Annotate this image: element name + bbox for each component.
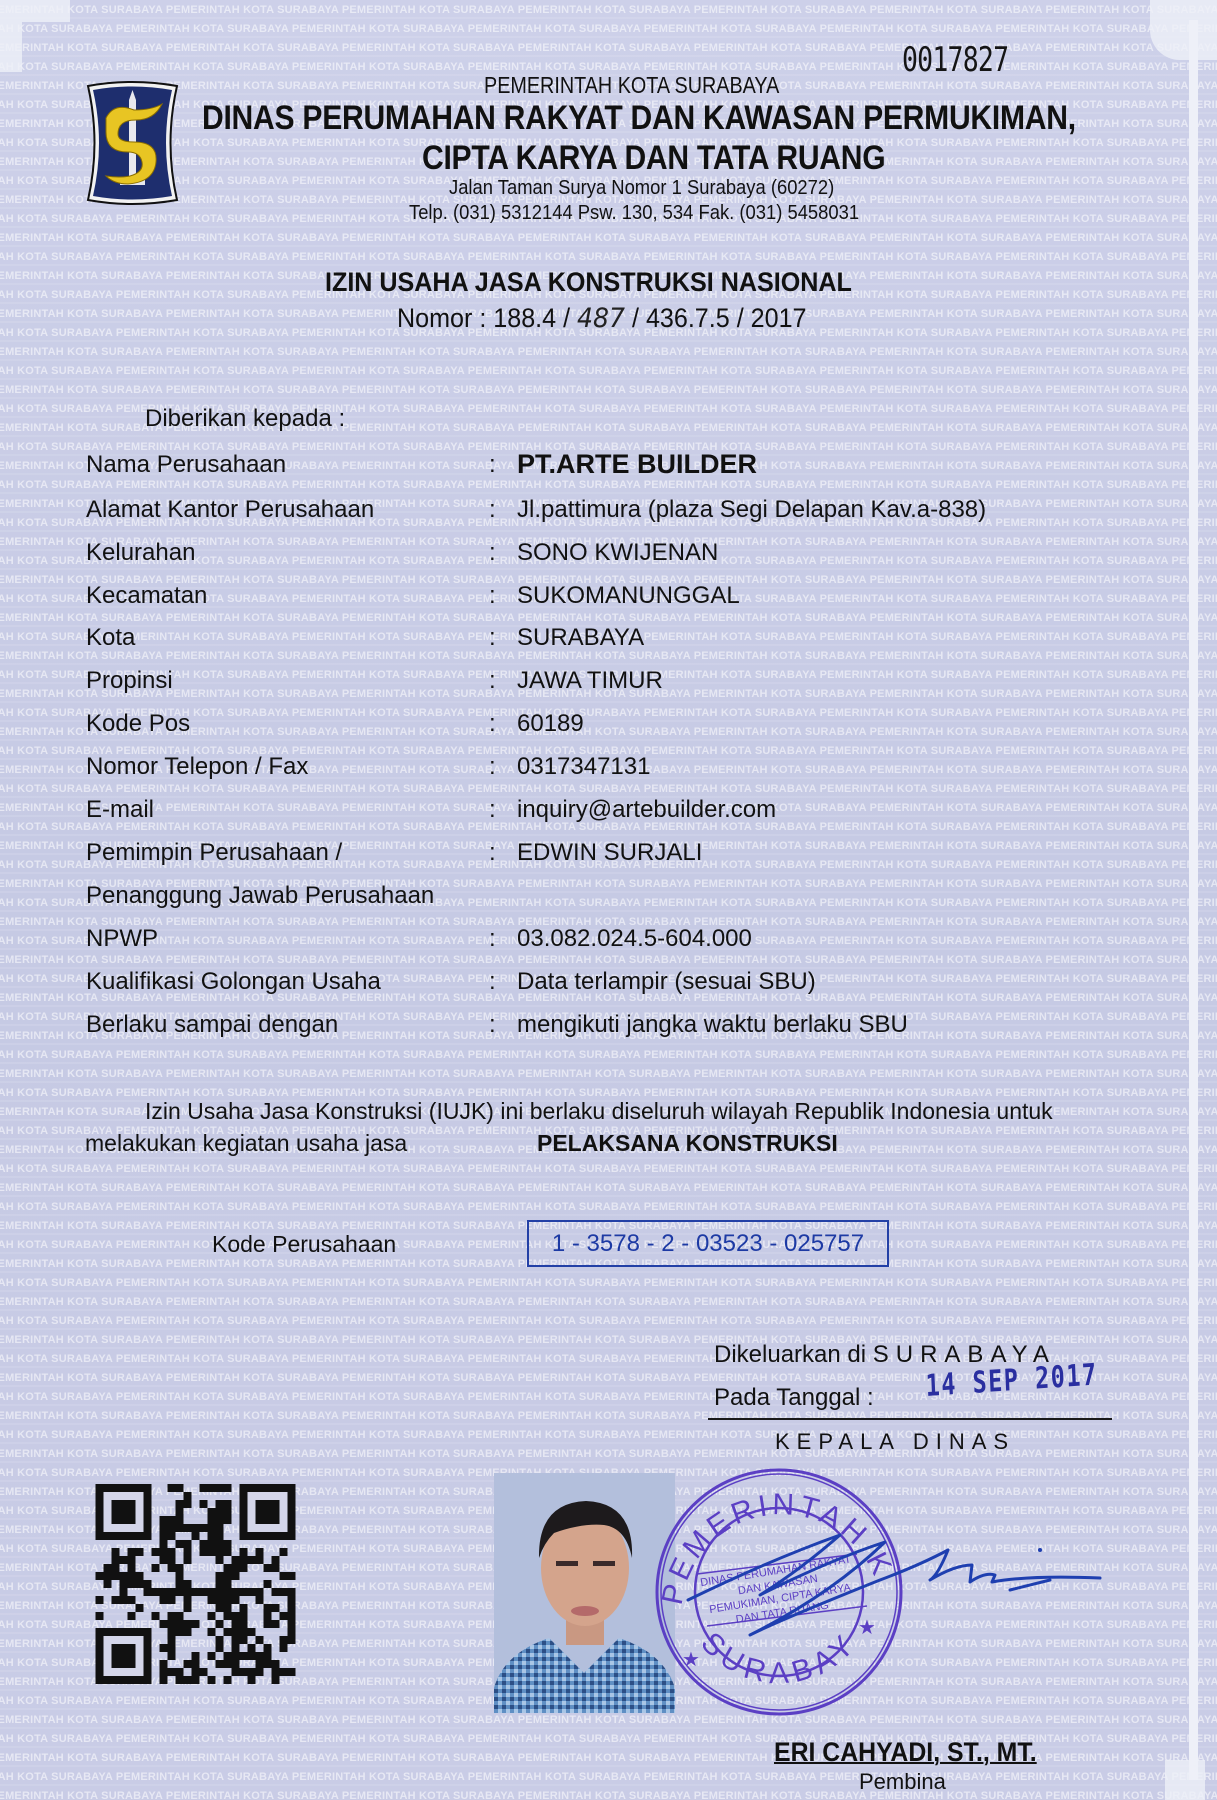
right-border-line xyxy=(1189,20,1198,1780)
watermark-row: PEMERINTAH KOTA SURABAYA PEMERINTAH KOTA… xyxy=(0,783,1217,795)
company-code-label: Kode Perusahaan xyxy=(212,1231,396,1258)
field-label: Alamat Kantor Perusahaan xyxy=(86,496,374,524)
watermark-row: PEMERINTAH KOTA SURABAYA PEMERINTAH KOTA… xyxy=(0,384,1217,396)
field-colon: : xyxy=(489,753,496,781)
watermark-row: PEMERINTAH KOTA SURABAYA PEMERINTAH KOTA… xyxy=(0,479,1217,491)
watermark-row: PEMERINTAH KOTA SURABAYA PEMERINTAH KOTA… xyxy=(0,1277,1217,1289)
watermark-row: PEMERINTAH KOTA SURABAYA PEMERINTAH KOTA… xyxy=(0,1771,1217,1783)
issued-place-label: Dikeluarkan di xyxy=(714,1341,866,1368)
corner-ornament-top-left xyxy=(0,0,70,22)
watermark-row: PEMERINTAH KOTA SURABAYA PEMERINTAH KOTA… xyxy=(0,1163,1217,1175)
watermark-row: PEMERINTAH KOTA SURABAYA PEMERINTAH KOTA… xyxy=(0,232,1217,244)
agency-address: Jalan Taman Surya Nomor 1 Surabaya (6027… xyxy=(449,177,834,200)
agency-name-line2: CIPTA KARYA DAN TATA RUANG xyxy=(422,139,885,178)
field-value: SONO KWIJENAN xyxy=(517,539,718,567)
watermark-row: PEMERINTAH KOTA SURABAYA PEMERINTAH KOTA… xyxy=(0,1049,1217,1061)
field-value: Data terlampir (sesuai SBU) xyxy=(517,968,816,996)
field-label: Nomor Telepon / Fax xyxy=(86,753,308,781)
document-number: Nomor : 188.4 / 487 / 436.7.5 / 2017 xyxy=(397,303,807,334)
serial-number: 0017827 xyxy=(902,40,1008,80)
official-name: ERI CAHYADI, ST., MT. xyxy=(774,1737,1037,1768)
watermark-row: PEMERINTAH KOTA SURABAYA PEMERINTAH KOTA… xyxy=(0,42,1217,54)
agency-name-line1: DINAS PERUMAHAN RAKYAT DAN KAWASAN PERMU… xyxy=(202,99,1076,138)
statement-line2: melakukan kegiatan usaha jasa xyxy=(85,1130,407,1157)
watermark-row: PEMERINTAH KOTA SURABAYA PEMERINTAH KOTA… xyxy=(0,1448,1217,1460)
field-label: Propinsi xyxy=(86,667,173,695)
field-value: 0317347131 xyxy=(517,753,650,781)
watermark-row: PEMERINTAH KOTA SURABAYA PEMERINTAH KOTA… xyxy=(0,1429,1217,1441)
document-title: IZIN USAHA JASA KONSTRUKSI NASIONAL xyxy=(325,267,852,298)
field-label: Kota xyxy=(86,624,135,652)
document-number-handwritten: 487 xyxy=(577,303,625,334)
field-colon: : xyxy=(489,839,496,867)
watermark-row: PEMERINTAH KOTA SURABAYA PEMERINTAH KOTA… xyxy=(0,1201,1217,1213)
field-colon: : xyxy=(489,539,496,567)
field-label: Penanggung Jawab Perusahaan xyxy=(86,882,434,910)
document-number-prefix: Nomor : 188.4 / xyxy=(397,303,570,333)
field-value: inquiry@artebuilder.com xyxy=(517,796,776,824)
watermark-row: PEMERINTAH KOTA SURABAYA PEMERINTAH KOTA… xyxy=(0,1790,1217,1800)
watermark-row: PEMERINTAH KOTA SURABAYA PEMERINTAH KOTA… xyxy=(0,1315,1217,1327)
issued-date-label: Pada Tanggal : xyxy=(714,1384,874,1412)
field-label: E-mail xyxy=(86,796,154,824)
watermark-row: PEMERINTAH KOTA SURABAYA PEMERINTAH KOTA… xyxy=(0,251,1217,263)
field-label: Kode Pos xyxy=(86,710,190,738)
watermark-row: PEMERINTAH KOTA SURABAYA PEMERINTAH KOTA… xyxy=(0,612,1217,624)
watermark-row: PEMERINTAH KOTA SURABAYA PEMERINTAH KOTA… xyxy=(0,1410,1217,1422)
field-label: Kecamatan xyxy=(86,582,207,610)
portrait-person-icon xyxy=(494,1473,675,1713)
field-colon: : xyxy=(489,496,496,524)
agency-phone: Telp. (031) 5312144 Psw. 130, 534 Fak. (… xyxy=(409,202,859,225)
watermark-row: PEMERINTAH KOTA SURABAYA PEMERINTAH KOTA… xyxy=(0,23,1217,35)
field-colon: : xyxy=(489,582,496,610)
watermark-row: PEMERINTAH KOTA SURABAYA PEMERINTAH KOTA… xyxy=(0,1182,1217,1194)
field-value: 60189 xyxy=(517,710,584,738)
watermark-row: PEMERINTAH KOTA SURABAYA PEMERINTAH KOTA… xyxy=(0,4,1217,16)
statement-line1: Izin Usaha Jasa Konstruksi (IUJK) ini be… xyxy=(145,1098,1053,1125)
document-number-suffix: / 436.7.5 / 2017 xyxy=(632,303,807,333)
official-signature xyxy=(680,1520,1110,1680)
field-value: PT.ARTE BUILDER xyxy=(517,449,757,480)
official-rank: Pembina xyxy=(859,1769,946,1795)
field-value: SURABAYA xyxy=(517,624,644,652)
field-value: SUKOMANUNGGAL xyxy=(517,582,740,610)
given-to-label: Diberikan kepada : xyxy=(145,405,345,433)
field-colon: : xyxy=(489,451,496,479)
field-value: EDWIN SURJALI xyxy=(517,839,702,867)
field-colon: : xyxy=(489,624,496,652)
field-label: Kualifikasi Golongan Usaha xyxy=(86,968,381,996)
watermark-row: PEMERINTAH KOTA SURABAYA PEMERINTAH KOTA… xyxy=(0,346,1217,358)
field-colon: : xyxy=(489,968,496,996)
field-value: Jl.pattimura (plaza Segi Delapan Kav.a-8… xyxy=(517,496,986,524)
corner-ornament-bottom-right xyxy=(1165,1760,1205,1800)
watermark-row: PEMERINTAH KOTA SURABAYA PEMERINTAH KOTA… xyxy=(0,954,1217,966)
license-document: PEMERINTAH KOTA SURABAYA PEMERINTAH KOTA… xyxy=(0,0,1217,1800)
field-colon: : xyxy=(489,1011,496,1039)
field-colon: : xyxy=(489,710,496,738)
field-label: Kelurahan xyxy=(86,539,195,567)
field-colon: : xyxy=(489,925,496,953)
field-colon: : xyxy=(489,667,496,695)
watermark-row: PEMERINTAH KOTA SURABAYA PEMERINTAH KOTA… xyxy=(0,365,1217,377)
field-label: Pemimpin Perusahaan / xyxy=(86,839,342,867)
field-value: JAWA TIMUR xyxy=(517,667,663,695)
service-type: PELAKSANA KONSTRUKSI xyxy=(537,1130,838,1157)
field-value: mengikuti jangka waktu berlaku SBU xyxy=(517,1011,908,1039)
qr-code-icon xyxy=(95,1484,296,1684)
field-value: 03.082.024.5-604.000 xyxy=(517,925,752,953)
official-position: KEPALA DINAS xyxy=(775,1429,1015,1455)
field-label: Nama Perusahaan xyxy=(86,451,286,479)
corner-ornament-top-left-side xyxy=(0,22,22,72)
field-colon: : xyxy=(489,796,496,824)
surabaya-coat-of-arms-icon xyxy=(84,80,181,206)
watermark-row: PEMERINTAH KOTA SURABAYA PEMERINTAH KOTA… xyxy=(0,1068,1217,1080)
signature-divider xyxy=(708,1418,1112,1420)
corner-ornament-top-right xyxy=(1150,0,1217,60)
government-name: PEMERINTAH KOTA SURABAYA xyxy=(484,72,779,99)
company-code-box: 1 - 3578 - 2 - 03523 - 025757 xyxy=(527,1220,889,1267)
holder-portrait-photo xyxy=(494,1473,675,1713)
field-label: NPWP xyxy=(86,925,158,953)
watermark-row: PEMERINTAH KOTA SURABAYA PEMERINTAH KOTA… xyxy=(0,1714,1217,1726)
field-label: Berlaku sampai dengan xyxy=(86,1011,338,1039)
watermark-row: PEMERINTAH KOTA SURABAYA PEMERINTAH KOTA… xyxy=(0,1296,1217,1308)
company-code-value: 1 - 3578 - 2 - 03523 - 025757 xyxy=(552,1230,864,1258)
